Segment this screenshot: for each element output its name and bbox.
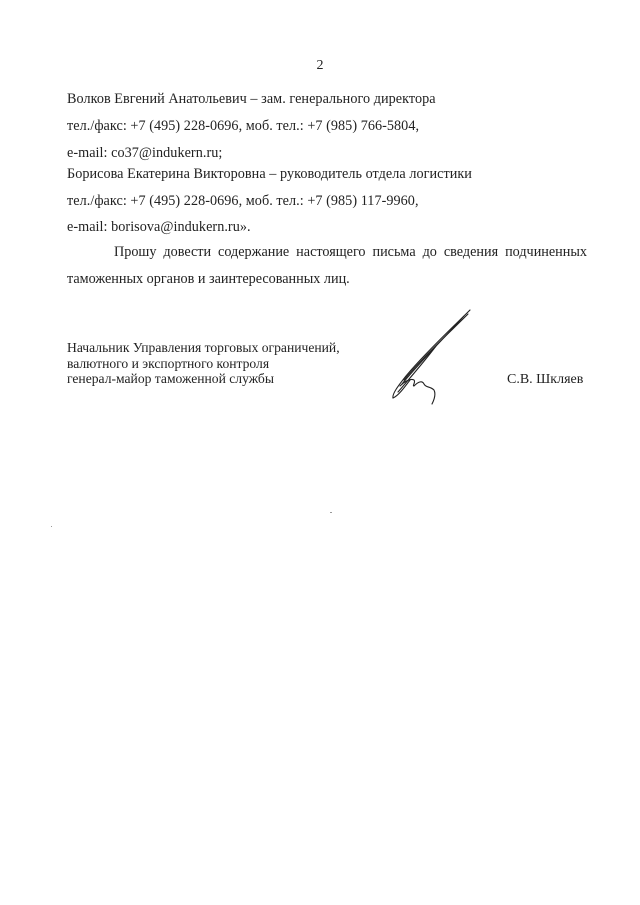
signatory-name: С.В. Шкляев bbox=[507, 372, 583, 388]
signature-icon bbox=[384, 306, 476, 411]
request-paragraph-line-2: таможенных органов и заинтересованных ли… bbox=[67, 271, 350, 287]
signatory-title-line-1: Начальник Управления торговых ограничени… bbox=[67, 340, 340, 356]
contact-1-email: e-mail: co37@indukern.ru; bbox=[67, 145, 222, 162]
scan-speck bbox=[330, 512, 332, 513]
request-paragraph-line-1: Прошу довести содержание настоящего пись… bbox=[67, 239, 587, 266]
scan-speck bbox=[51, 526, 52, 527]
contact-2-phone: тел./факс: +7 (495) 228-0696, моб. тел.:… bbox=[67, 193, 419, 210]
signatory-title: Начальник Управления торговых ограничени… bbox=[67, 340, 340, 387]
contact-1-phone: тел./факс: +7 (495) 228-0696, моб. тел.:… bbox=[67, 118, 419, 135]
contact-2-name: Борисова Екатерина Викторовна – руководи… bbox=[67, 166, 472, 183]
page-number: 2 bbox=[0, 58, 640, 74]
signatory-title-line-3: генерал-майор таможенной службы bbox=[67, 371, 340, 387]
contact-2-email: e-mail: borisova@indukern.ru». bbox=[67, 219, 251, 236]
contact-1-name: Волков Евгений Анатольевич – зам. генера… bbox=[67, 91, 436, 108]
signatory-title-line-2: валютного и экспортного контроля bbox=[67, 356, 340, 372]
request-paragraph: Прошу довести содержание настоящего пись… bbox=[67, 239, 587, 293]
